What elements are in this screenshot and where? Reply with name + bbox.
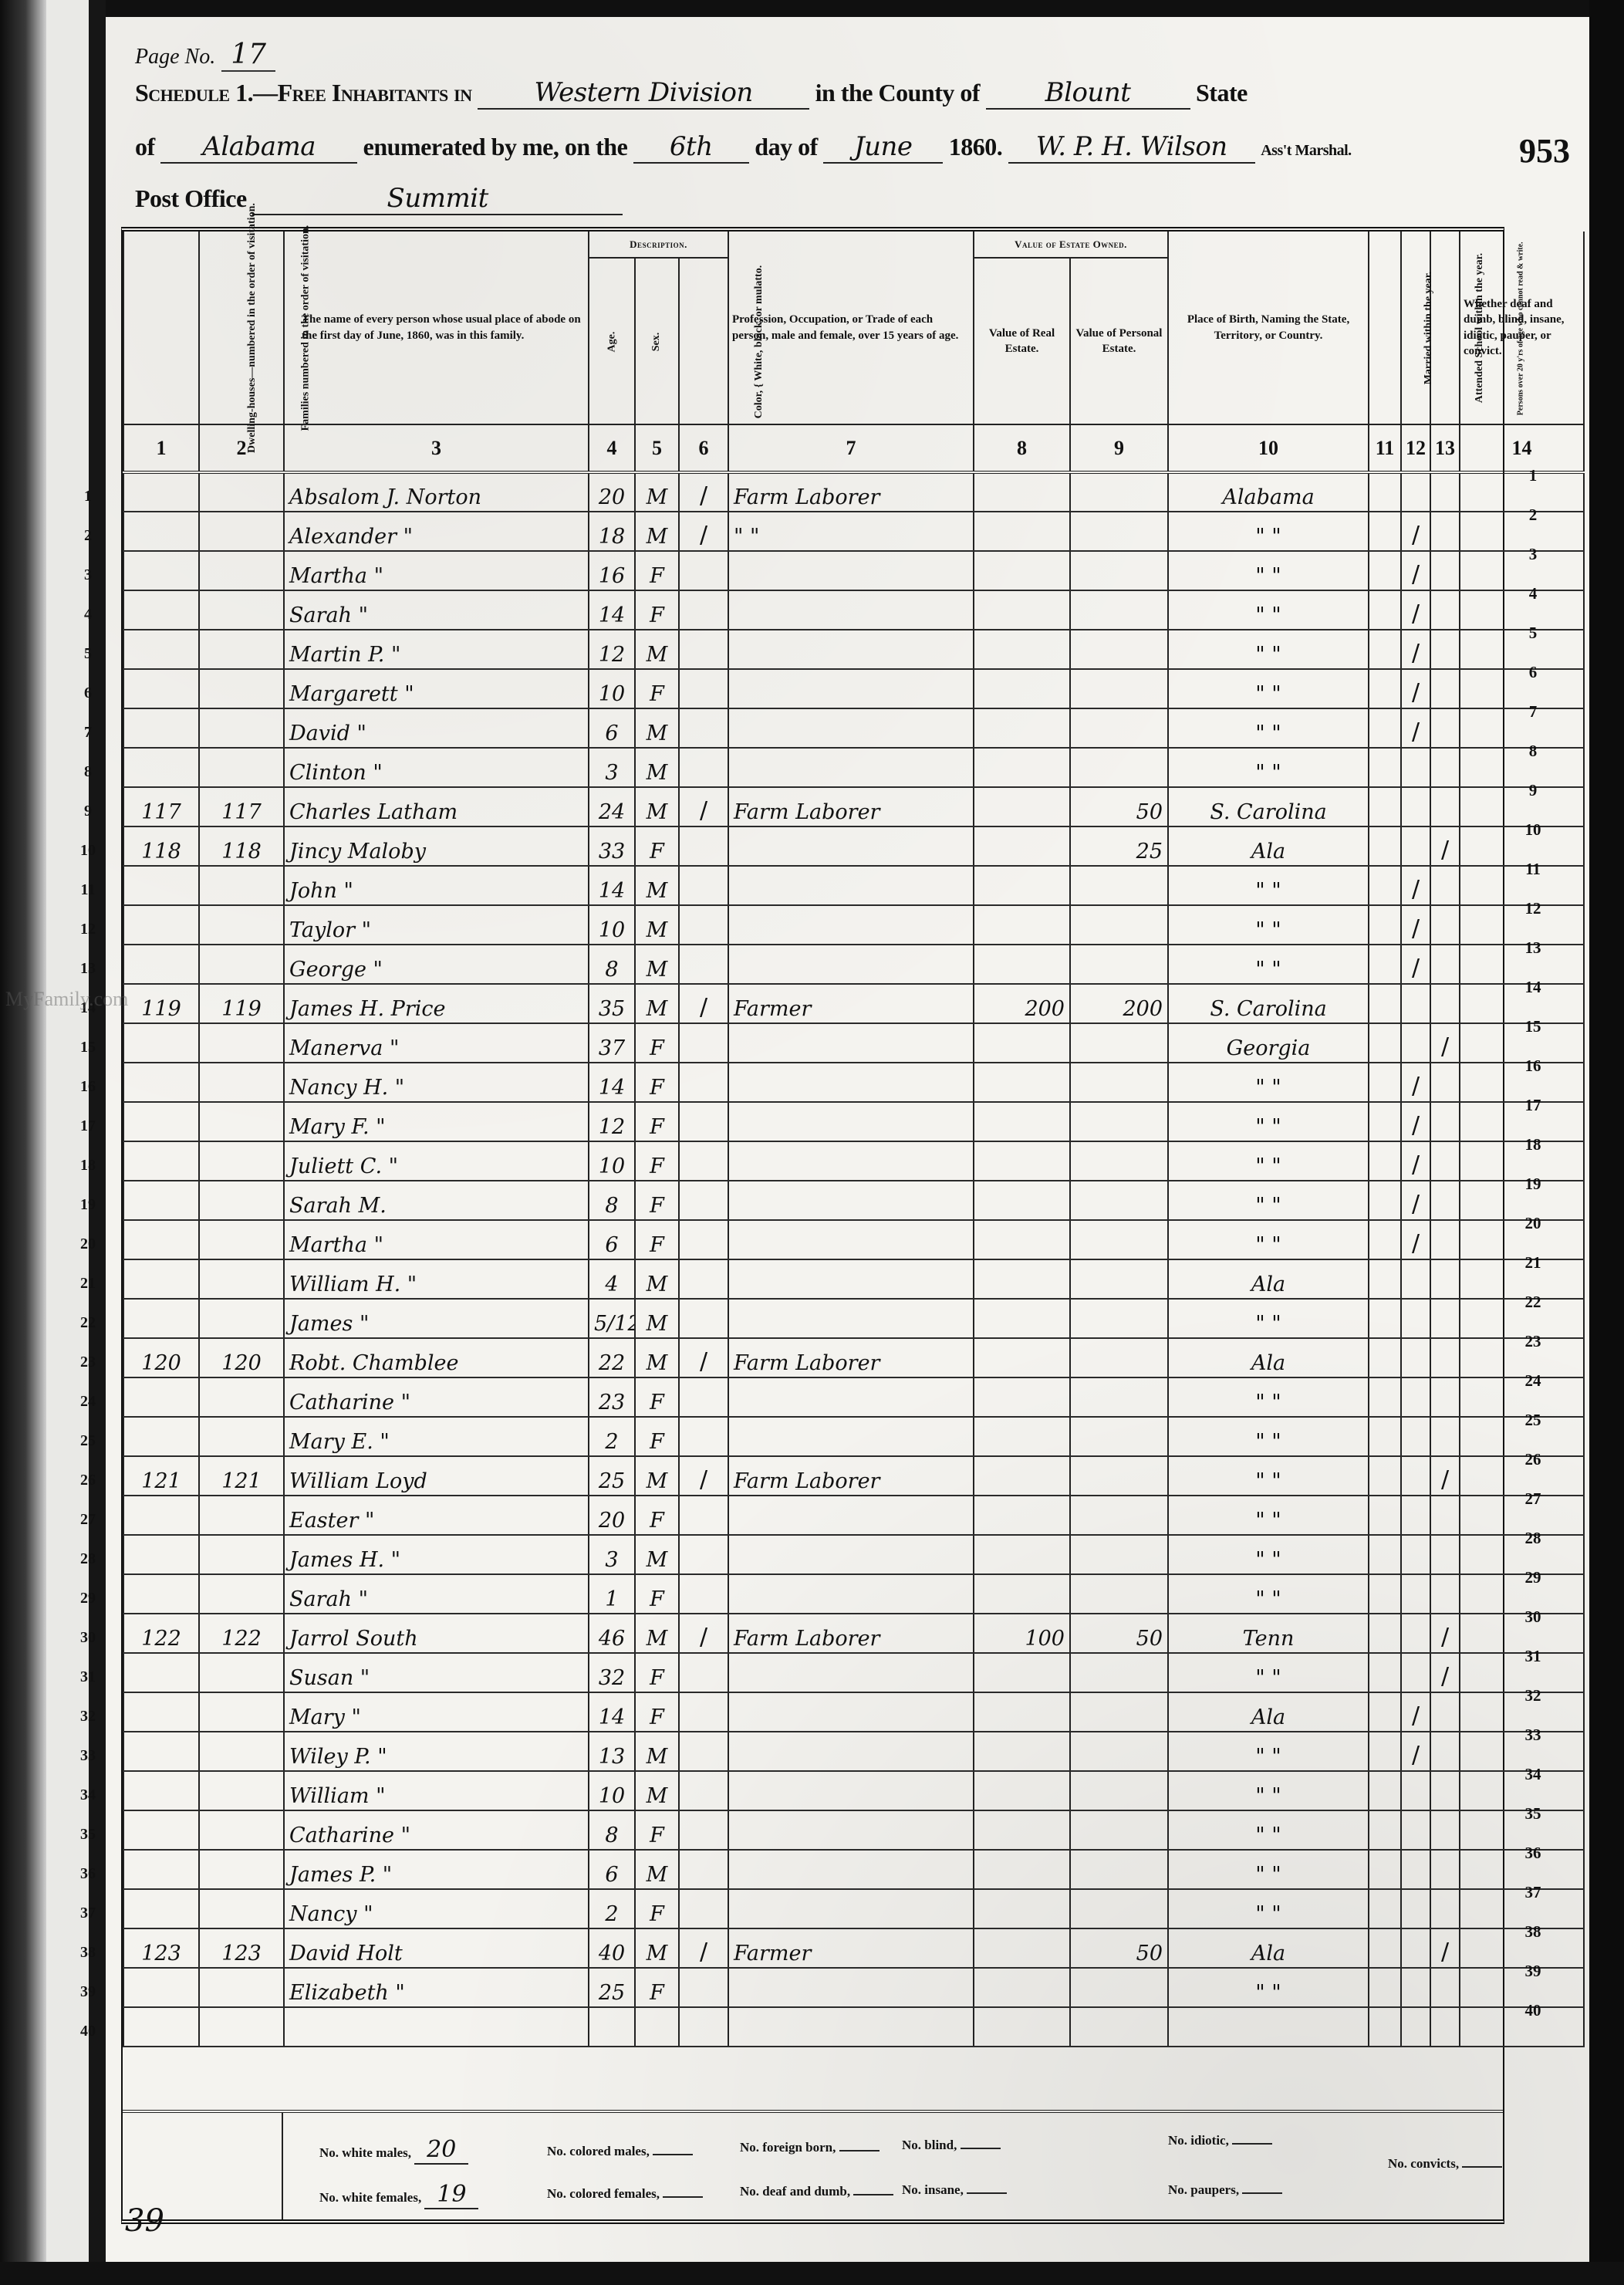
cell-birth: " "	[1168, 590, 1369, 630]
cell-occupation	[728, 748, 974, 787]
cell-birth: " "	[1168, 1496, 1369, 1535]
cell-dwelling	[123, 630, 199, 669]
cell-personal	[1070, 1889, 1168, 1928]
cell-occupation	[728, 1102, 974, 1141]
cell-married	[1369, 512, 1401, 551]
cell-real	[974, 1850, 1070, 1889]
total-colored-males: No. colored males,	[547, 2144, 693, 2159]
cell-personal	[1070, 1574, 1168, 1614]
cell-real	[974, 1299, 1070, 1338]
cell-illiterate	[1430, 1889, 1460, 1928]
col-header-sex: Sex.	[635, 258, 679, 424]
col-header-personal-estate: Value of Personal Estate.	[1070, 258, 1168, 424]
cell-color	[679, 866, 728, 905]
cell-sex: F	[635, 551, 679, 590]
cell-family	[199, 1141, 284, 1181]
cell-real	[974, 1574, 1070, 1614]
cell-birth: " "	[1168, 512, 1369, 551]
col-header-birthplace: Place of Birth, Naming the State, Territ…	[1168, 232, 1369, 424]
cell-occupation	[728, 1889, 974, 1928]
cell-illiterate	[1430, 1417, 1460, 1456]
cell-name: James P. "	[284, 1850, 589, 1889]
cell-occupation	[728, 1299, 974, 1338]
cell-age: 46	[589, 1614, 635, 1653]
line-number: 24	[73, 1393, 103, 1411]
cell-name: James "	[284, 1299, 589, 1338]
cell-birth: Ala	[1168, 1259, 1369, 1299]
line-number: 22	[73, 1314, 103, 1332]
cell-dwelling	[123, 551, 199, 590]
cell-dwelling	[123, 1141, 199, 1181]
table-row: 118118Jincy Maloby33F25Ala/	[123, 826, 1584, 866]
cell-school	[1401, 1377, 1430, 1417]
total-foreign-born: No. foreign born,	[740, 2140, 880, 2155]
cell-occupation: Farm Laborer	[728, 1614, 974, 1653]
cell-name: Susan "	[284, 1653, 589, 1692]
cell-birth: " "	[1168, 551, 1369, 590]
line-number: 4	[73, 606, 103, 624]
cell-age: 10	[589, 1771, 635, 1810]
cell-age: 6	[589, 1850, 635, 1889]
cell-name: Mary E. "	[284, 1417, 589, 1456]
page-number-label: Page No.	[135, 45, 215, 69]
line-number: 5	[73, 645, 103, 663]
cell-school: /	[1401, 1102, 1430, 1141]
cell-real	[974, 1653, 1070, 1692]
cell-color	[679, 1810, 728, 1850]
cell-school: /	[1401, 669, 1430, 708]
cell-real	[974, 826, 1070, 866]
line-number: 21	[1518, 1253, 1548, 1273]
cell-family	[199, 1259, 284, 1299]
line-number: 23	[1518, 1332, 1548, 1351]
cell-personal	[1070, 1338, 1168, 1377]
cell-school: /	[1401, 1063, 1430, 1102]
cell-birth: " "	[1168, 1220, 1369, 1259]
table-row: Alexander "18M/" "" "/	[123, 512, 1584, 551]
cell-dwelling: 123	[123, 1928, 199, 1968]
cell-sex: M	[635, 512, 679, 551]
cell-birth: " "	[1168, 1732, 1369, 1771]
cell-birth: " "	[1168, 748, 1369, 787]
cell-occupation: Farm Laborer	[728, 472, 974, 512]
table-row: Sarah "14F" "/	[123, 590, 1584, 630]
cell-sex: F	[635, 1653, 679, 1692]
table-row: James P. "6M" "	[123, 1850, 1584, 1889]
cell-illiterate	[1430, 905, 1460, 945]
line-number: 1	[1518, 466, 1548, 485]
line-number: 11	[1518, 860, 1548, 879]
cell-school: /	[1401, 945, 1430, 984]
cell-school	[1401, 1259, 1430, 1299]
cell-sex	[635, 2007, 679, 2047]
cell-sex: M	[635, 1928, 679, 1968]
line-number: 2	[73, 527, 103, 545]
cell-family	[199, 905, 284, 945]
cell-name: Martin P. "	[284, 630, 589, 669]
cell-school	[1401, 787, 1430, 826]
cell-illiterate	[1430, 472, 1460, 512]
cell-color	[679, 1496, 728, 1535]
cell-real	[974, 1771, 1070, 1810]
line-number: 22	[1518, 1293, 1548, 1312]
cell-occupation	[728, 1574, 974, 1614]
marshal-signature: W. P. H. Wilson	[1008, 131, 1255, 164]
cell-dwelling	[123, 1181, 199, 1220]
table-row: Taylor "10M" "/	[123, 905, 1584, 945]
cell-family	[199, 1810, 284, 1850]
cell-personal	[1070, 669, 1168, 708]
cell-married	[1369, 1496, 1401, 1535]
cell-occupation	[728, 1732, 974, 1771]
cell-married	[1369, 1417, 1401, 1456]
cell-birth: Ala	[1168, 826, 1369, 866]
cell-family	[199, 1771, 284, 1810]
cell-age: 5/12	[589, 1299, 635, 1338]
cell-age: 8	[589, 1181, 635, 1220]
cell-family	[199, 748, 284, 787]
census-page: Page No.17 Schedule 1.—Free Inhabitants …	[106, 17, 1589, 2262]
cell-sex: F	[635, 1181, 679, 1220]
cell-sex: M	[635, 1614, 679, 1653]
cell-school	[1401, 1889, 1430, 1928]
col-number: 9	[1070, 424, 1168, 472]
cell-dwelling	[123, 1299, 199, 1338]
cell-real	[974, 1889, 1070, 1928]
cell-color: /	[679, 787, 728, 826]
cell-birth: " "	[1168, 1653, 1369, 1692]
scan-top-edge	[0, 0, 1624, 17]
cell-married	[1369, 1299, 1401, 1338]
cell-family	[199, 945, 284, 984]
cell-age: 16	[589, 551, 635, 590]
cell-personal	[1070, 1535, 1168, 1574]
cell-illiterate	[1430, 748, 1460, 787]
col-number: 14	[1460, 424, 1584, 472]
schedule-label: Schedule 1.—Free Inhabitants in	[135, 79, 472, 106]
cell-illiterate	[1430, 1102, 1460, 1141]
cell-personal	[1070, 1850, 1168, 1889]
schedule-header: Page No.17 Schedule 1.—Free Inhabitants …	[121, 17, 1579, 214]
cell-sex: F	[635, 669, 679, 708]
line-number: 31	[73, 1668, 103, 1686]
line-number: 28	[73, 1550, 103, 1568]
cell-occupation: Farm Laborer	[728, 1456, 974, 1496]
cell-real	[974, 1141, 1070, 1181]
cell-married	[1369, 1771, 1401, 1810]
col-group-estate: Value of Estate Owned.	[974, 232, 1168, 258]
cell-married	[1369, 984, 1401, 1023]
cell-name: William Loyd	[284, 1456, 589, 1496]
cell-school	[1401, 1653, 1430, 1692]
cell-personal	[1070, 2007, 1168, 2047]
cell-sex: F	[635, 590, 679, 630]
cell-dwelling	[123, 472, 199, 512]
cell-name: Martha "	[284, 1220, 589, 1259]
line-number: 9	[73, 803, 103, 820]
month-field: June	[823, 131, 943, 164]
cell-illiterate	[1430, 1535, 1460, 1574]
line-number: 35	[1518, 1804, 1548, 1824]
cell-birth: " "	[1168, 1063, 1369, 1102]
cell-illiterate	[1430, 787, 1460, 826]
county-field: Blount	[986, 77, 1190, 110]
cell-illiterate: /	[1430, 1614, 1460, 1653]
cell-real	[974, 2007, 1070, 2047]
post-office-field: Summit	[252, 183, 623, 215]
cell-sex: M	[635, 748, 679, 787]
cell-real	[974, 1338, 1070, 1377]
cell-school: /	[1401, 551, 1430, 590]
cell-name: Jarrol South	[284, 1614, 589, 1653]
cell-occupation	[728, 1220, 974, 1259]
cell-married	[1369, 1692, 1401, 1732]
cell-dwelling	[123, 748, 199, 787]
cell-real	[974, 905, 1070, 945]
table-row: Absalom J. Norton20M/Farm LaborerAlabama	[123, 472, 1584, 512]
cell-name: Catharine "	[284, 1377, 589, 1417]
cell-name: Elizabeth "	[284, 1968, 589, 2007]
cell-name: Jincy Maloby	[284, 826, 589, 866]
cell-age: 25	[589, 1968, 635, 2007]
line-number: 17	[73, 1117, 103, 1135]
cell-age	[589, 2007, 635, 2047]
cell-real: 200	[974, 984, 1070, 1023]
line-number: 15	[73, 1039, 103, 1056]
cell-sex: F	[635, 1496, 679, 1535]
cell-school: /	[1401, 1732, 1430, 1771]
cell-dwelling	[123, 708, 199, 748]
col-header-married: Married within the year.	[1369, 232, 1401, 424]
cell-family	[199, 1299, 284, 1338]
cell-birth: " "	[1168, 1810, 1369, 1850]
watermark: MyFamily.com	[5, 988, 128, 1011]
line-number: 9	[1518, 781, 1548, 800]
cell-personal	[1070, 1023, 1168, 1063]
col-group-description: Description.	[589, 232, 728, 258]
cell-family	[199, 1377, 284, 1417]
cell-name: Catharine "	[284, 1810, 589, 1850]
county-label: in the County of	[815, 79, 980, 106]
cell-age: 33	[589, 826, 635, 866]
line-number: 24	[1518, 1371, 1548, 1391]
cell-personal	[1070, 945, 1168, 984]
cell-sex: F	[635, 1692, 679, 1732]
cell-family	[199, 1653, 284, 1692]
cell-dwelling	[123, 1968, 199, 2007]
cell-occupation	[728, 2007, 974, 2047]
cell-sex: M	[635, 472, 679, 512]
cell-personal	[1070, 1771, 1168, 1810]
cell-name: David "	[284, 708, 589, 748]
total-convicts: No. convicts,	[1388, 2156, 1502, 2172]
cell-real	[974, 1181, 1070, 1220]
line-number: 10	[1518, 820, 1548, 840]
cell-personal	[1070, 551, 1168, 590]
cell-age: 12	[589, 630, 635, 669]
cell-birth: " "	[1168, 1456, 1369, 1496]
cell-dwelling: 120	[123, 1338, 199, 1377]
cell-illiterate	[1430, 1299, 1460, 1338]
cell-dwelling	[123, 1732, 199, 1771]
cell-age: 24	[589, 787, 635, 826]
cell-school	[1401, 984, 1430, 1023]
cell-occupation	[728, 1377, 974, 1417]
adjacent-page-strip	[46, 0, 89, 2285]
cell-dwelling	[123, 1417, 199, 1456]
cell-birth: " "	[1168, 1299, 1369, 1338]
cell-name: Absalom J. Norton	[284, 472, 589, 512]
cell-personal	[1070, 1968, 1168, 2007]
cell-family	[199, 708, 284, 748]
cell-color	[679, 590, 728, 630]
col-number: 6	[679, 424, 728, 472]
line-number: 8	[73, 763, 103, 781]
table-row: Wiley P. "13M" "/	[123, 1732, 1584, 1771]
cell-occupation: Farmer	[728, 984, 974, 1023]
cell-occupation	[728, 1141, 974, 1181]
table-row: Martin P. "12M" "/	[123, 630, 1584, 669]
line-number: 4	[1518, 584, 1548, 603]
header-line-3: Post Office Summit	[135, 183, 623, 215]
cell-school	[1401, 1614, 1430, 1653]
table-row: 117117Charles Latham24M/Farm Laborer50S.…	[123, 787, 1584, 826]
cell-birth: " "	[1168, 1417, 1369, 1456]
cell-name: Juliett C. "	[284, 1141, 589, 1181]
cell-dwelling	[123, 1771, 199, 1810]
col-number: 3	[284, 424, 589, 472]
cell-personal	[1070, 1181, 1168, 1220]
line-number: 32	[1518, 1686, 1548, 1705]
cell-color	[679, 1259, 728, 1299]
line-number: 34	[1518, 1765, 1548, 1784]
cell-personal	[1070, 1692, 1168, 1732]
cell-dwelling: 119	[123, 984, 199, 1023]
line-number: 14	[1518, 978, 1548, 997]
cell-dwelling: 122	[123, 1614, 199, 1653]
cell-age: 13	[589, 1732, 635, 1771]
cell-sex: M	[635, 1456, 679, 1496]
cell-illiterate: /	[1430, 1023, 1460, 1063]
cell-birth: " "	[1168, 630, 1369, 669]
line-number: 11	[73, 881, 103, 899]
line-number: 25	[1518, 1411, 1548, 1430]
table-row: Elizabeth "25F" "	[123, 1968, 1584, 2007]
cell-real	[974, 1496, 1070, 1535]
cell-age: 3	[589, 748, 635, 787]
cell-age: 18	[589, 512, 635, 551]
line-number: 21	[73, 1275, 103, 1293]
cell-personal	[1070, 1220, 1168, 1259]
cell-dwelling	[123, 1496, 199, 1535]
cell-age: 32	[589, 1653, 635, 1692]
line-number: 2	[1518, 505, 1548, 525]
cell-color: /	[679, 1338, 728, 1377]
cell-name: Wiley P. "	[284, 1732, 589, 1771]
cell-name: Manerva "	[284, 1023, 589, 1063]
cell-birth: " "	[1168, 1181, 1369, 1220]
cell-illiterate	[1430, 1220, 1460, 1259]
line-number: 16	[1518, 1056, 1548, 1076]
cell-dwelling	[123, 2007, 199, 2047]
cell-name: Charles Latham	[284, 787, 589, 826]
of-label: of	[135, 133, 155, 161]
total-colored-females: No. colored females,	[547, 2186, 703, 2202]
cell-illiterate: /	[1430, 826, 1460, 866]
cell-name: David Holt	[284, 1928, 589, 1968]
cell-personal	[1070, 1653, 1168, 1692]
census-table: Dwelling-houses—numbered in the order of…	[121, 227, 1504, 2224]
cell-real	[974, 787, 1070, 826]
division-field: Western Division	[478, 77, 809, 110]
cell-name: Nancy H. "	[284, 1063, 589, 1102]
cell-real	[974, 866, 1070, 905]
cell-age: 10	[589, 905, 635, 945]
cell-family: 121	[199, 1456, 284, 1496]
cell-name: Taylor "	[284, 905, 589, 945]
cell-name: Sarah "	[284, 1574, 589, 1614]
cell-dwelling	[123, 1574, 199, 1614]
line-number: 19	[1518, 1175, 1548, 1194]
cell-occupation: " "	[728, 512, 974, 551]
cell-personal	[1070, 1496, 1168, 1535]
line-number: 30	[1518, 1607, 1548, 1627]
cell-school	[1401, 472, 1430, 512]
cell-family	[199, 1732, 284, 1771]
cell-age: 6	[589, 708, 635, 748]
cell-personal	[1070, 1141, 1168, 1181]
cell-occupation: Farmer	[728, 1928, 974, 1968]
cell-personal	[1070, 512, 1168, 551]
cell-family: 117	[199, 787, 284, 826]
line-number: 27	[73, 1511, 103, 1529]
cell-occupation	[728, 1535, 974, 1574]
cell-married	[1369, 1023, 1401, 1063]
line-number: 20	[1518, 1214, 1548, 1233]
sheet-number: 39	[125, 2203, 164, 2239]
cell-family	[199, 866, 284, 905]
cell-age: 4	[589, 1259, 635, 1299]
cell-birth: " "	[1168, 1377, 1369, 1417]
table-row: Easter "20F" "	[123, 1496, 1584, 1535]
cell-school	[1401, 826, 1430, 866]
line-number: 12	[1518, 899, 1548, 918]
cell-married	[1369, 630, 1401, 669]
cell-married	[1369, 472, 1401, 512]
cell-personal	[1070, 748, 1168, 787]
line-number: 36	[1518, 1844, 1548, 1863]
day-field: 6th	[633, 131, 749, 164]
cell-age: 14	[589, 1063, 635, 1102]
col-header-real-estate: Value of Real Estate.	[974, 258, 1070, 424]
cell-birth: Ala	[1168, 1928, 1369, 1968]
cell-color	[679, 826, 728, 866]
cell-school	[1401, 748, 1430, 787]
cell-family: 123	[199, 1928, 284, 1968]
line-number: 13	[73, 960, 103, 978]
total-paupers: No. paupers,	[1168, 2182, 1282, 2198]
cell-age: 10	[589, 1141, 635, 1181]
cell-personal	[1070, 1810, 1168, 1850]
cell-school	[1401, 1771, 1430, 1810]
frame-stamp-number: 953	[1519, 131, 1570, 171]
line-number: 29	[73, 1590, 103, 1607]
cell-real	[974, 1220, 1070, 1259]
cell-occupation	[728, 590, 974, 630]
cell-family	[199, 1535, 284, 1574]
cell-family	[199, 590, 284, 630]
cell-illiterate: /	[1430, 1928, 1460, 1968]
